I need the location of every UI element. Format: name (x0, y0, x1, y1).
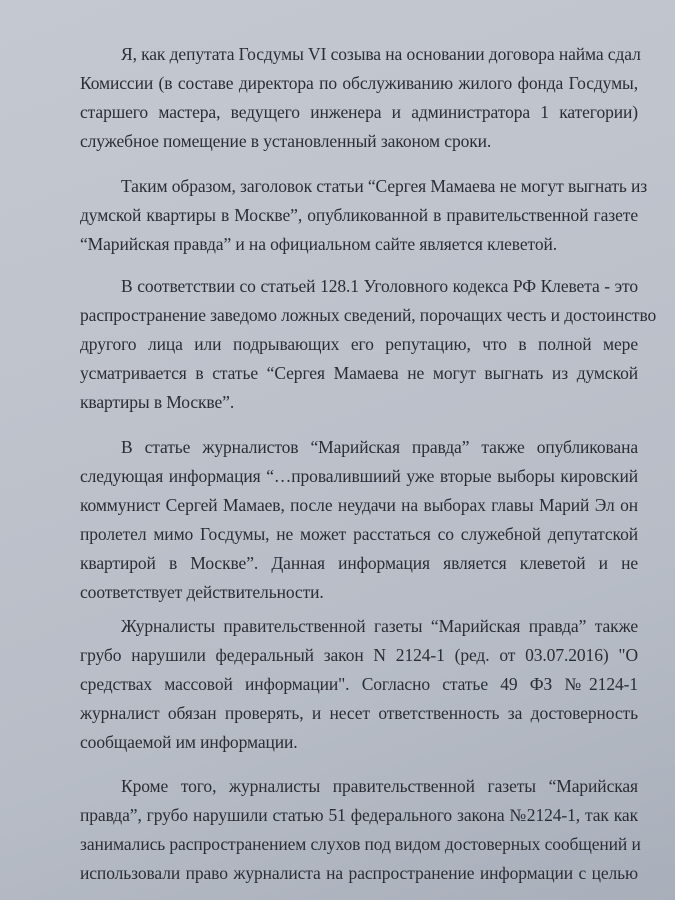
text-line: средствах массовой информации". Согласно… (80, 670, 638, 699)
text-line: В статье журналистов “Марийская правда” … (80, 433, 638, 462)
text-line: Я, как депутата Госдумы VI созыва на осн… (80, 40, 638, 69)
text-line: грубо нарушили федеральный закон N 2124-… (80, 641, 638, 670)
text-line: правда”, грубо нарушили статью 51 федера… (80, 801, 638, 830)
text-line: Таким образом, заголовок статьи “Сергея … (80, 172, 638, 201)
text-line: старшего мастера, ведущего инженера и ад… (80, 98, 638, 127)
text-line: усматривается в статье “Сергея Мамаева н… (80, 359, 638, 388)
text-line: занимались распространением слухов под в… (80, 830, 638, 859)
text-line: другого лица или подрывающих его репутац… (80, 330, 638, 359)
text-line: “Марийская правда” и на официальном сайт… (80, 230, 638, 259)
paragraph-article-quote: В статье журналистов “Марийская правда” … (80, 433, 638, 607)
text-line: сообщаемой им информации. (80, 728, 638, 757)
text-line: думской квартиры в Москве”, опубликованн… (80, 201, 638, 230)
paragraph-article-51: Кроме того, журналисты правительственной… (80, 772, 638, 888)
text-line: В соответствии со статьей 128.1 Уголовно… (80, 272, 638, 301)
text-line: Кроме того, журналисты правительственной… (80, 772, 638, 801)
text-line: журналист обязан проверять, и несет отве… (80, 699, 638, 728)
text-line: соответствует действительности. (80, 578, 638, 607)
text-line: распространение заведомо ложных сведений… (80, 301, 638, 330)
text-line: использовали право журналиста на распрос… (80, 859, 638, 888)
paragraph-headline-slander: Таким образом, заголовок статьи “Сергея … (80, 172, 638, 259)
text-line: квартиры в Москве”. (80, 388, 638, 417)
document-page: Я, как депутата Госдумы VI созыва на осн… (0, 0, 675, 900)
paragraph-criminal-code: В соответствии со статьей 128.1 Уголовно… (80, 272, 638, 417)
text-line: коммунист Сергей Мамаев, после неудачи н… (80, 491, 638, 520)
text-line: пролетел мимо Госдумы, не может расстать… (80, 520, 638, 549)
paragraph-apartment-handover: Я, как депутата Госдумы VI созыва на осн… (80, 40, 638, 156)
text-line: служебное помещение в установленный зако… (80, 127, 638, 156)
paragraph-media-law: Журналисты правительственной газеты “Мар… (80, 612, 638, 757)
text-line: Комиссии (в составе директора по обслужи… (80, 69, 638, 98)
text-line: следующая информация “…провалившиий уже … (80, 462, 638, 491)
text-line: квартирой в Москве”. Данная информация я… (80, 549, 638, 578)
text-line: Журналисты правительственной газеты “Мар… (80, 612, 638, 641)
